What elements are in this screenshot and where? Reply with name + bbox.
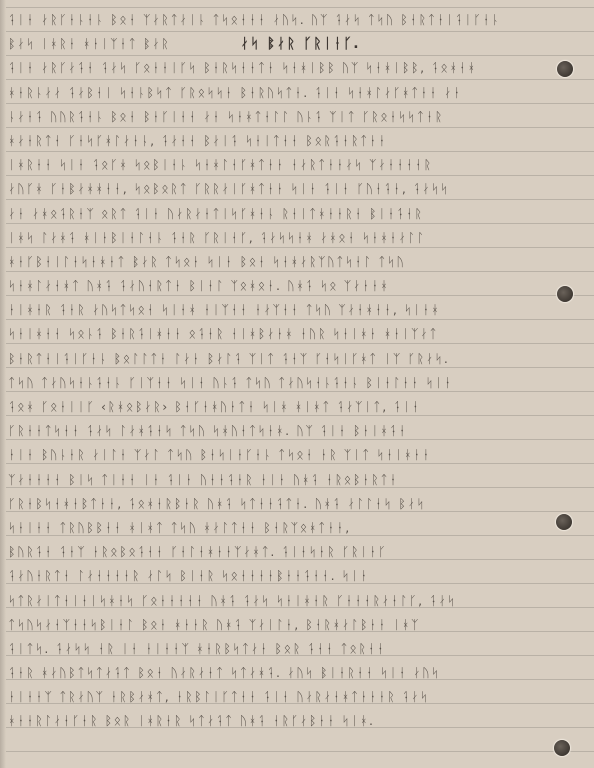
text-line-30: ᚼᛂᛂᚱᛚᛅᛂᚴᛂᚱ ᛒᛟᚱ ᛁᚼᚱᛂᚱ ᛋᛏᛅᛑᛏ ᚢᚼᛑ ᛂᚱᚴᛅᛒᛂᛂ ᛋ… <box>8 709 564 733</box>
text-line-10: ᛁᚼᛋ ᛚᛅᚼᛑ ᚼᛁᛂᛒᛁᛂᛚᛂᚿ ᛑᛂᚱ ᚴᚱᛁᛂᚴ, ᛑᛅᛋᛋᛂᚼ ᛅᚼᛟ… <box>8 226 564 250</box>
text-line-16: ᛏᛋᚢ ᛏᛅᚢᛋᛂᚿᛑᛂᚿ ᚴᛁᛉᛂᛂ ᛋᛁᛂ ᚢᚿᛑ ᛏᛋᚢ ᛏᛅᚢᛋᛂᚿᛑᛂ… <box>8 371 564 395</box>
text-line-29: ᛂᛁᛂᛂᛉ ᛏᚱᛅᚢᛉ ᛂᚱᛔᛅᚼᛏ, ᛂᚱᛒᛚᛁᚴᛏᛂᛂ ᛑᛁᛂ ᚢᛅᚱᛅᛂᚼ… <box>8 685 564 709</box>
text-line-28: ᛑᛂᚱ ᚼᛅᚢᛒᛏᛋᛏᛅᛑᛏ ᛒᛟᛂ ᚢᛅᚱᛅᛂᛏ ᛋᛏᛅᚼᛑ. ᛅᚢᛋ ᛔᛁᛂ… <box>8 661 564 685</box>
text-line-3: ᛑᛁᛂ ᛅᚱᚴᛅᛑᛂ ᛑᛅᛋ ᚴᛟᛂᛂᛁᚴᛋ ᛒᛂᚱᛋᛂᛂᛏᛂ ᛋᛂᚼᛁᛒᛒ ᚢ… <box>8 56 564 80</box>
text-line-26: ᛏᛋᚢᛋᛅᛂᛉᛂᛂᛋᛒᛁᛂᛚ ᛒᛟᛂ ᚼᛂᛂᚱ ᚢᚼᛑ ᛉᛅᛁᛚᛂ, ᛒᛂᚱᚼᛅ… <box>8 613 564 637</box>
punch-hole-2 <box>557 286 573 302</box>
text-line-6: ᚼᛅᛂᚱᛏᛂ ᚴᛂᛋᚴᚼᛚᛅᛂᚿ, ᛑᛅᛂᛂ ᛒᛅᛁᛑ ᛋᛂᛁᛏᛂᛂ ᛒᛟᚱᛑᛂ… <box>8 129 564 153</box>
text-line-19: ᛂᛁᛂ ᛒᚢᚿᛂᚱ ᛅᛁᛚᛂ ᛉᛅᛚ ᛏᛋᚢ ᛒᛂᛋᛁᛂᚴᛂᚿ ᛏᛋᛟᛂ ᛂᚱ … <box>8 443 564 467</box>
handwritten-text-body: ᛑᛁᛂ ᛅᚱᚴᛂᚿᛂᚿ ᛒᛟᛂ ᛉᛅᚱᛏᛅᛁᚿ ᛏᛋᛟᛂᛂᛂ ᛅᚢᛋ. ᚢᛉ ᛑ… <box>8 8 564 734</box>
text-line-21: ᚴᚱᛂᛒᛋᛂᚼᛂᛒᛏᛂᛂ, ᛑᛟᚼᛂᚱᛒᛂᚱ ᚢᚼᛑ ᛋᛏᛂᛂᛑᛏᛂ. ᚢᚼᛑ … <box>8 492 564 516</box>
text-line-14: ᛋᛂᛁᚼᛂᛂ ᛋᛟᚿᛑ ᛒᛂᚱᛑᛁᚼᛂᛂ ᛟᛑᛂᚱ ᛂᛁᚼᛒᛅᛂᚼ ᛂᚢᚱ ᛋᛂ… <box>8 322 564 346</box>
text-line-1: ᛑᛁᛂ ᛅᚱᚴᛂᚿᛂᚿ ᛒᛟᛂ ᛉᛅᚱᛏᛅᛁᚿ ᛏᛋᛟᛂᛂᛂ ᛅᚢᛋ. ᚢᛉ ᛑ… <box>8 8 564 32</box>
text-line-17: ᛑᛟᚼ ᚴᛟᛂᛁᛁᚴ ‹ᚱᚼᛟᛒᛅᚱ› ᛒᛂᚴᛂᚼᚢᛂᛏᛂ ᛋᛁᚼ ᚼᛁᚼᛏ ᛑ… <box>8 395 564 419</box>
text-line-22: ᛋᛂᛁᛂᛂ ᛏᚱᚢᛒᛒᛂᛂ ᚼᛁᚼᛏ ᛏᛋᚢ ᚼᛅᛚᛏᛂᛂ ᛒᛂᚱᛉᛟᚼᛏᛂᛂ, <box>8 516 564 540</box>
text-line-9: ᛅᛂ ᛅᚼᛟᛑᚱᛂᛉ ᛟᚱᛏ ᛑᛁᛂ ᚢᛅᚱᛅᛂᛏᛁᛋᚴᚼᛂᚿ ᚱᛂᛁᛏᚼᛂᛂᚱ… <box>8 202 564 226</box>
text-line-11: ᚼᛂᚴᛒᛂᛁᛚᛂᛋᛂᚼᛂᛏ ᛔᛅᚱ ᛏᛋᛟᛂ ᛋᛁᛂ ᛒᛟᛂ ᛋᛂᚼᛅᚱᛉᚢᛏᛋ… <box>8 250 564 274</box>
punch-hole-4 <box>554 740 570 756</box>
text-line-25: ᛋᛏᚱᛅᛁᛏᛂᛁᛂᛁᛋᚼᛂᛋ ᚴᛟᛂᛂᛂᛂᛂ ᚢᚼᛑ ᛑᛅᛋ ᛋᛂᛁᚼᛂᚱ ᚴᛂ… <box>8 589 564 613</box>
text-line-2-start: ᛔᛅᛋ ᛁᚼᚱᛂ ᚼᛂᛁᛉᛂᛏ ᛔᛅᚱ <box>8 36 170 51</box>
text-line-5: ᚿᛅᛂᛑ ᚢᚢᚱᛑᛂᚿ ᛒᛟᛂ ᛒᛂᚴᛁᛂᛂ ᛅᛂ ᛋᛂᚼᛏᛂᛚᛚ ᚢᚿᛑ ᛉᛁ… <box>8 105 564 129</box>
headline-phrase: ᛅᛋ ᛔᛅᚱ ᚴᚱᛁᛂᚴ. <box>240 36 360 52</box>
text-line-8: ᛅᚢᚴᚼ ᚴᛂᛔᛅᚼᚼᛂᛂ, ᛋᛟᛒᛟᚱᛏ ᚴᚱᚱᛅᛁᚴᚼᛏᛂᛂ ᛋᛁᛂ ᛑᛁᛂ… <box>8 177 564 201</box>
text-line-20: ᛉᛅᛂᛂᛂᛂ ᛒᛁᛋ ᛏᛁᛂᛂ ᛁᛂ ᛑᛁᛂ ᚢᛂᛂᛑᛂᚱ ᛂᛁᛂ ᚢᚼᛑ ᛂᚱ… <box>8 468 564 492</box>
text-line-12: ᛋᛂᚼᛚᛅᛂᚼᛏ ᚢᚼᛑ ᛑᛅᚢᛂᚱᛏᛂ ᛒᛁᛂᛚ ᛉᛟᚼᛟᛂ. ᚢᚼᛑ ᛋᛟ … <box>8 274 564 298</box>
punch-hole-3 <box>556 514 572 530</box>
text-line-7: ᛁᚼᚱᛂᛂ ᛋᛁᛂ ᛑᛟᚴᚼ ᛋᛟᛒᛁᛂᚿ ᛋᛂᚼᛚᛂᚴᚼᛏᛂᛂ ᛂᛅᚱᛏᛂᛂᛅ… <box>8 153 564 177</box>
punch-hole-1 <box>557 61 573 77</box>
text-line-24: ᛑᛅᚢᛂᚱᛏᛂ ᛚᛅᛂᛂᛂᛂᚱ ᛅᛚᛋ ᛒᛁᛂᚱ ᛋᛟᛂᛂᛂᛂᛔᛂᛂᛑᛂᛂ. ᛋ… <box>8 564 564 588</box>
text-line-23: ᛔᚢᚱᛑᛂ ᛑᛂᛉ ᛂᚱᛟᛒᛟᛑᛂᛂ ᚴᛂᛚᛂᚼᛂᛂᛉᛅᚼᛏ. ᛑᛁᛂᛋᛂᚱ ᚴ… <box>8 540 564 564</box>
text-line-27: ᛑᛁᛏᛋ. ᛑᛅᛋᛋ ᛂᚱ ᛁᛂ ᛂᛁᛂᛂᛉ ᚼᛂᚱᛒᛋᛏᛅᛂ ᛒᛟᚱ ᛑᛂᛂ … <box>8 637 564 661</box>
text-line-15: ᛒᛂᚱᛏᛂᛁᛑᛁᚴᛂᚿ ᛔᛟᛚᛚᛏᛂ ᛚᛅᛂ ᛒᛅᛚᛑ ᛉᛁᛏ ᛑᛂᛉ ᚴᛂᛋᛁ… <box>8 347 564 371</box>
text-line-13: ᛂᛁᚼᛂᚱ ᛑᛂᚱ ᛅᚢᛋᛏᛋᛟᛂ ᛋᛁᛂᚼ ᛂᛁᛉᛂᛂ ᛂᛅᛉᛂᛂ ᛏᛋᚢ ᛉ… <box>8 298 564 322</box>
notebook-page: ᛑᛁᛂ ᛅᚱᚴᛂᚿᛂᚿ ᛒᛟᛂ ᛉᛅᚱᛏᛅᛁᚿ ᛏᛋᛟᛂᛂᛂ ᛅᚢᛋ. ᚢᛉ ᛑ… <box>0 0 594 768</box>
text-line-2: ᛔᛅᛋ ᛁᚼᚱᛂ ᚼᛂᛁᛉᛂᛏ ᛔᛅᚱᛅᛋ ᛔᛅᚱ ᚴᚱᛁᛂᚴ. <box>8 32 564 56</box>
text-line-18: ᚴᚱᛂᛂᛏᛋᛂᛂ ᛑᛅᛋ ᛚᛅᚼᛑᛂᛋ ᛏᛋᚢ ᛋᚼᚢᛂᛏᛋᛂᚼ. ᚢᛉ ᛑᛁᛂ… <box>8 419 564 443</box>
text-line-4: ᚼᛂᚱᚿᛅᛅ ᛑᛅᛒᛂᛁ ᛋᛂᚿᛒᛋᛏ ᚴᚱᛟᛋᛋᛂ ᛒᛂᚱᚢᛋᛏᛂ. ᛑᛁᛂ … <box>8 81 564 105</box>
